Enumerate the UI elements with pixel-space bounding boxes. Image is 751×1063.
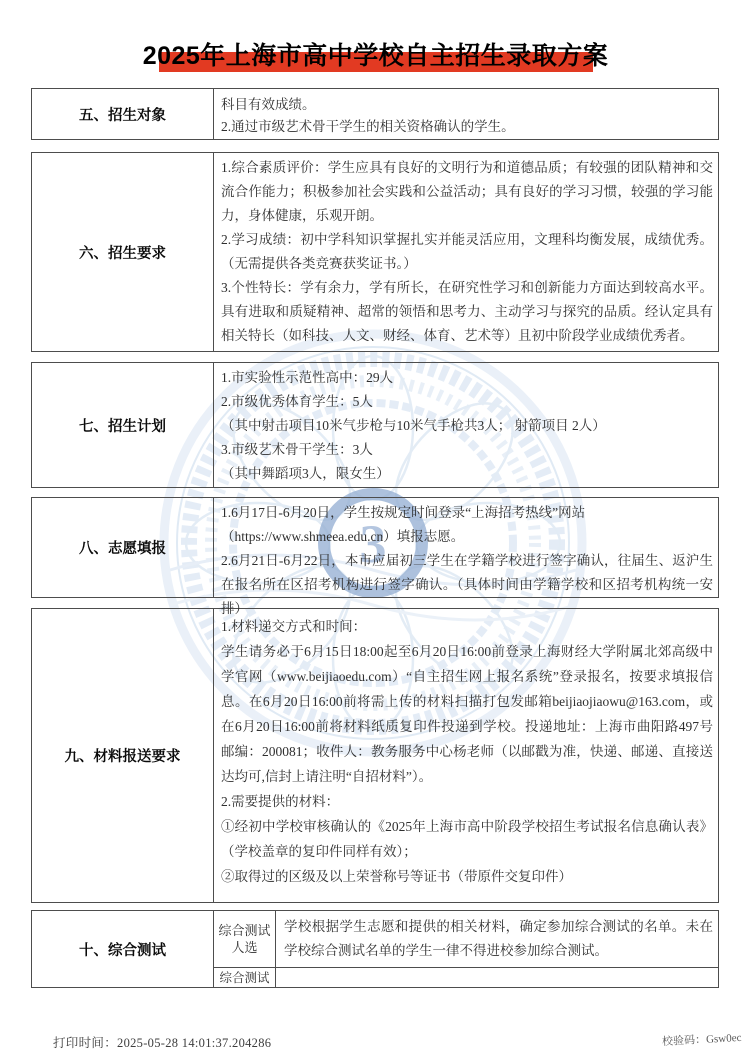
row-content: 1.材料递交方式和时间：学生请务必于6月15日18:00起至6月20日16:00… [214, 609, 718, 902]
page-title-wrap: 2025年上海市高中学校自主招生录取方案 [0, 41, 751, 75]
table-row: 八、志愿填报1.6月17日-6月20日，学生按规定时间登录“上海招考热线”网站（… [31, 497, 719, 598]
paragraph: 3.个性特长：学有余力，学有所长，在研究性学习和创新能力方面达到较高水平。具有进… [221, 276, 713, 348]
sub-row-content [276, 968, 718, 988]
print-time: 打印时间：2025-05-28 14:01:37.204286 [53, 1033, 271, 1051]
check-code-value: Gsw0ec [705, 1032, 741, 1046]
table-row-composite: 十、综合测试综合测试人选学校根据学生志愿和提供的相关材料，确定参加综合测试的名单… [31, 910, 719, 988]
page-footer: 打印时间：2025-05-28 14:01:37.204286 校验码：Gsw0… [31, 1031, 745, 1053]
row-content: 1.6月17日-6月20日，学生按规定时间登录“上海招考热线”网站（https:… [214, 498, 718, 597]
paragraph: 2.通过市级艺术骨干学生的相关资格确认的学生。 [221, 116, 713, 138]
paragraph: 2.市级优秀体育学生：5人 [221, 390, 713, 414]
paragraph: 学生请务必于6月15日18:00起至6月20日16:00前登录上海财经大学附属北… [221, 639, 713, 789]
paragraph: ①经初中学校审核确认的《2025年上海市高中阶段学校招生考试报名信息确认表》（学… [221, 814, 713, 864]
paragraph: ②取得过的区级及以上荣誉称号等证书（带原件交复印件） [221, 864, 713, 889]
print-time-value: 2025-05-28 14:01:37.204286 [117, 1036, 271, 1050]
paragraph: 1.材料递交方式和时间： [221, 614, 713, 639]
paragraph: 1.综合素质评价：学生应具有良好的文明行为和道德品质；有较强的团队精神和交流合作… [221, 156, 713, 228]
paragraph: （其中舞蹈项3人，限女生） [221, 462, 713, 486]
paragraph: 2.需要提供的材料： [221, 789, 713, 814]
sub-row-header: 综合测试 [214, 968, 276, 988]
paragraph: 1.市实验性示范性高中：29人 [221, 366, 713, 390]
table-row: 七、招生计划1.市实验性示范性高中：29人2.市级优秀体育学生：5人（其中射击项… [31, 362, 719, 488]
row-header: 十、综合测试 [32, 911, 214, 987]
row-content: 1.市实验性示范性高中：29人2.市级优秀体育学生：5人（其中射击项目10米气步… [214, 363, 718, 487]
table-row: 五、招生对象科目有效成绩。2.通过市级艺术骨干学生的相关资格确认的学生。 [31, 88, 719, 140]
sub-row: 综合测试 [214, 968, 718, 988]
paragraph: 学校根据学生志愿和提供的相关材料，确定参加综合测试的名单。未在学校综合测试名单的… [284, 915, 713, 963]
check-code-label: 校验码： [661, 1034, 706, 1048]
paragraph: （https://www.shmeea.edu.cn）填报志愿。 [221, 525, 713, 549]
row-header: 五、招生对象 [32, 89, 214, 139]
table: 五、招生对象科目有效成绩。2.通过市级艺术骨干学生的相关资格确认的学生。六、招生… [31, 88, 719, 988]
paragraph: （其中射击项目10米气步枪与10米气手枪共3人； 射箭项目 2人） [221, 414, 713, 438]
composite-body: 综合测试人选学校根据学生志愿和提供的相关材料，确定参加综合测试的名单。未在学校综… [214, 911, 718, 987]
row-header: 八、志愿填报 [32, 498, 214, 597]
paragraph: 3.市级艺术骨干学生：3人 [221, 438, 713, 462]
sub-row-content: 学校根据学生志愿和提供的相关材料，确定参加综合测试的名单。未在学校综合测试名单的… [276, 911, 718, 967]
row-header: 九、材料报送要求 [32, 609, 214, 902]
page-title: 2025年上海市高中学校自主招生录取方案 [143, 41, 609, 71]
paragraph: 1.6月17日-6月20日，学生按规定时间登录“上海招考热线”网站 [221, 501, 713, 525]
check-code: 校验码：Gsw0ec [661, 1029, 741, 1049]
document-page: 3 2025年上海市高中学校自主招生录取方案 五、招生对象科目有效成绩。2.通过… [0, 0, 751, 1063]
paragraph: 科目有效成绩。 [221, 94, 713, 116]
print-time-label: 打印时间： [53, 1036, 117, 1050]
sub-row: 综合测试人选学校根据学生志愿和提供的相关材料，确定参加综合测试的名单。未在学校综… [214, 911, 718, 968]
sub-row-header: 综合测试人选 [214, 911, 276, 967]
row-content: 1.综合素质评价：学生应具有良好的文明行为和道德品质；有较强的团队精神和交流合作… [214, 153, 718, 351]
row-header: 七、招生计划 [32, 363, 214, 487]
table-row: 六、招生要求1.综合素质评价：学生应具有良好的文明行为和道德品质；有较强的团队精… [31, 152, 719, 352]
row-content: 科目有效成绩。2.通过市级艺术骨干学生的相关资格确认的学生。 [214, 89, 718, 139]
table-row: 九、材料报送要求1.材料递交方式和时间：学生请务必于6月15日18:00起至6月… [31, 608, 719, 903]
paragraph: 2.学习成绩：初中学科知识掌握扎实并能灵活应用，文理科均衡发展，成绩优秀。（无需… [221, 228, 713, 276]
row-header: 六、招生要求 [32, 153, 214, 351]
